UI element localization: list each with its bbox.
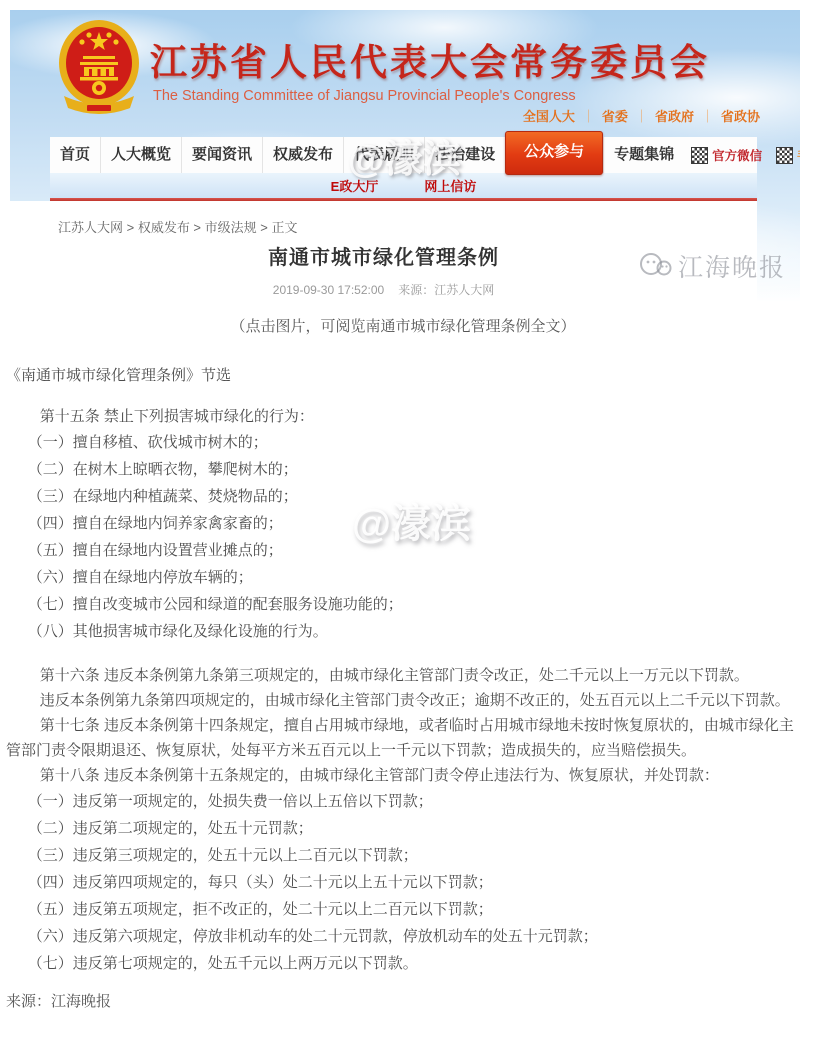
- article-paragraph: 第十六条 违反本条例第九条第三项规定的，由城市绿化主管部门责令改正，处二千元以上…: [6, 663, 800, 688]
- nav-item[interactable]: 首页: [50, 137, 100, 173]
- article-paragraph: （一）擅自移植、砍伐城市树木的；: [6, 429, 800, 456]
- subnav-link[interactable]: E政大厅: [331, 176, 379, 195]
- article-paragraph: （二）在树木上晾晒衣物，攀爬树木的；: [6, 456, 800, 483]
- page: 江苏省人民代表大会常务委员会 The Standing Committee of…: [0, 0, 814, 1043]
- top-link[interactable]: 省委: [602, 109, 628, 124]
- article-paragraph: （六）擅自在绿地内停放车辆的；: [6, 564, 800, 591]
- link-separator: ｜: [582, 109, 595, 124]
- article: （点击图片，可阅览南通市城市绿化管理条例全文） 《南通市城市绿化管理条例》节选 …: [0, 302, 814, 1028]
- nav-extra-label: 官方微信: [712, 146, 762, 164]
- nav-item[interactable]: 人大概览: [100, 137, 181, 173]
- top-link[interactable]: 全国人大: [523, 109, 575, 124]
- nav-item[interactable]: 要闻资讯: [181, 137, 262, 173]
- nav-item[interactable]: 权威发布: [262, 137, 343, 173]
- article-paragraph: （一）违反第一项规定的，处损失费一倍以上五倍以下罚款；: [6, 788, 800, 815]
- article-paragraph: 第十七条 违反本条例第十四条规定，擅自占用城市绿地，或者临时占用城市绿地未按时恢…: [6, 713, 800, 763]
- article-paragraph: （三）在绿地内种植蔬菜、焚烧物品的；: [6, 483, 800, 510]
- main-navbar: 首页人大概览要闻资讯权威发布代表履职法治建设公众参与专题集锦官方微信手机门户: [50, 137, 757, 173]
- article-paragraph: （五）擅自在绿地内设置营业摊点的；: [6, 537, 800, 564]
- publish-datetime: 2019-09-30 17:52:00: [273, 283, 384, 297]
- article-paragraph: （三）违反第三项规定的，处五十元以上二百元以下罚款；: [6, 842, 800, 869]
- nav-item[interactable]: 代表履职: [343, 137, 424, 173]
- article-paragraph: （五）违反第五项规定，拒不改正的，处二十元以上二百元以下罚款；: [6, 896, 800, 923]
- website-screenshot[interactable]: 江苏省人民代表大会常务委员会 The Standing Committee of…: [10, 10, 800, 302]
- nav-extra[interactable]: 手机门户: [769, 146, 800, 164]
- article-paragraph: 违反本条例第九条第四项规定的，由城市绿化主管部门责令改正；逾期不改正的，处五百元…: [6, 688, 800, 713]
- article-meta: 2019-09-30 17:52:00来源：江苏人大网: [10, 281, 757, 298]
- national-emblem-icon: [56, 18, 142, 116]
- nav-item[interactable]: 专题集锦: [603, 137, 684, 173]
- article-paragraph: 第十五条 禁止下列损害城市绿化的行为：: [6, 404, 800, 429]
- page-title: 南通市城市绿化管理条例: [10, 241, 757, 270]
- article-paragraph: （七）违反第七项规定的，处五千元以上两万元以下罚款。: [6, 950, 800, 977]
- article-paragraph: （四）违反第四项规定的，每只（头）处二十元以上五十元以下罚款；: [6, 869, 800, 896]
- site-subtitle: The Standing Committee of Jiangsu Provin…: [153, 88, 576, 104]
- breadcrumb[interactable]: 江苏人大网 > 权威发布 > 市级法规 > 正文: [58, 217, 297, 236]
- link-separator: ｜: [635, 109, 648, 124]
- subnav-bar: E政大厅网上信访: [50, 173, 757, 198]
- top-link[interactable]: 省政协: [721, 109, 760, 124]
- link-separator: ｜: [701, 109, 714, 124]
- image-caption: （点击图片，可阅览南通市城市绿化管理条例全文）: [6, 316, 800, 338]
- nav-extra-label: 手机门户: [797, 146, 800, 164]
- article-body: 第十五条 禁止下列损害城市绿化的行为：（一）擅自移植、砍伐城市树木的；（二）在树…: [6, 404, 800, 977]
- publish-source: 来源：江苏人大网: [398, 283, 494, 297]
- top-links: 全国人大｜省委｜省政府｜省政协: [523, 106, 760, 125]
- qr-code-icon: [776, 147, 793, 164]
- article-paragraph: 第十八条 违反本条例第十五条规定的，由城市绿化主管部门责令停止违法行为、恢复原状…: [6, 763, 800, 788]
- article-paragraph: （四）擅自在绿地内饲养家禽家畜的；: [6, 510, 800, 537]
- nav-item[interactable]: 法治建设: [424, 137, 505, 173]
- article-paragraph: （八）其他损害城市绿化及绿化设施的行为。: [6, 618, 800, 645]
- site-title: 江苏省人民代表大会常务委员会: [150, 32, 710, 86]
- nav-extra[interactable]: 官方微信: [684, 146, 769, 164]
- article-paragraph: （六）违反第六项规定，停放非机动车的处二十元罚款，停放机动车的处五十元罚款；: [6, 923, 800, 950]
- article-paragraph: （二）违反第二项规定的，处五十元罚款；: [6, 815, 800, 842]
- article-paragraph: （七）擅自改变城市公园和绿道的配套服务设施功能的；: [6, 591, 800, 618]
- top-link[interactable]: 省政府: [655, 109, 694, 124]
- qr-code-icon: [691, 147, 708, 164]
- subnav-link[interactable]: 网上信访: [424, 176, 476, 195]
- footer-source: 来源：江海晚报: [6, 991, 800, 1013]
- nav-item-active[interactable]: 公众参与: [505, 131, 603, 175]
- excerpt-heading: 《南通市城市绿化管理条例》节选: [6, 364, 800, 388]
